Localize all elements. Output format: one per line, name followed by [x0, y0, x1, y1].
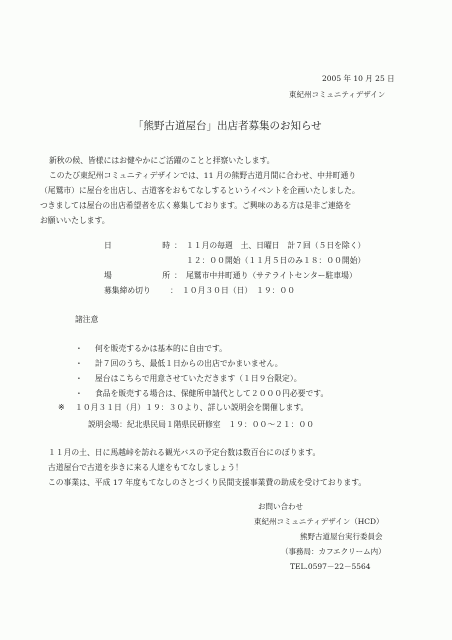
detail-colon	[174, 257, 186, 272]
bullet-icon: ・	[75, 345, 95, 353]
list-item-text: 計７回のうち、最低１日からの出店でかまいません。	[95, 359, 283, 368]
intro-line: このたび東紀州コミュニティデザインでは、11 月の熊野古道月間に合わせ、中井町通…	[40, 172, 360, 187]
intro-line: お願いいたします。	[40, 217, 360, 232]
detail-label: 日 時	[104, 242, 174, 257]
bullet-icon: ・	[75, 375, 95, 383]
bullet-icon: ・	[75, 360, 95, 368]
detail-value: １２：００開始（１１月５日のみ１８：００開始）	[186, 257, 365, 272]
closing-line: 古道屋台で古道を歩きに来る人達をもてなしましょう！	[48, 464, 366, 479]
detail-label-part: 場	[104, 272, 112, 287]
list-item-text: 何を販売するかは基本的に自由です。	[95, 344, 227, 353]
contact-organization: 東紀州コミュニティデザイン（HCD）	[254, 518, 384, 526]
detail-row-deadline: 募集締め切り ： １０月３０日（日） １９：００	[104, 287, 365, 302]
intro-paragraph: 新秋の候、皆様にはお健やかにご活躍のことと拝察いたします。 このたび東紀州コミュ…	[40, 157, 360, 232]
detail-label: 場 所	[104, 272, 174, 287]
detail-row-place: 場 所 ： 尾鷲市中井町通り（サテライトセンター駐車場）	[104, 272, 365, 287]
briefing-text: １０月３１日（月）１９：３０より、詳しい説明会を開催します。	[75, 403, 308, 412]
detail-label	[104, 257, 174, 272]
detail-value: １１月の毎週 土、日曜日 計７回（５日を除く）	[186, 242, 365, 257]
closing-line: １１月の土、日に馬越峠を訪れる観光バスの予定台数は数百台にのぼります。	[48, 449, 366, 464]
list-item: ・屋台はこちらで用意させていただきます（１日９台限定）。	[75, 375, 328, 390]
briefing-venue: 説明会場：紀北県民局１階県民研修室 １９：００〜２１：００	[88, 421, 314, 429]
detail-row-start-time: １２：００開始（１１月５日のみ１８：００開始）	[104, 257, 365, 272]
contact-heading: お問い合わせ	[258, 503, 303, 511]
intro-line: つきましては屋台の出店希望者を広く募集しております。ご興味のある方は是非ご連絡を	[40, 202, 360, 217]
detail-value: 尾鷲市中井町通り（サテライトセンター駐車場）	[186, 272, 357, 287]
detail-label-part: 日	[104, 242, 112, 257]
closing-line: この事業は、平成 17 年度もてなしのさとづくり民間支援事業費の助成を受けており…	[48, 479, 366, 494]
contact-phone: TEL.0597－22－5564	[290, 563, 371, 571]
list-item: ・計７回のうち、最低１日からの出店でかまいません。	[75, 360, 328, 375]
issuer-organization: 東紀州コミュニティデザイン	[289, 91, 385, 99]
document-title: 「熊野古道屋台」出店者募集のお知らせ	[133, 121, 322, 132]
list-item-text: 食品を販売する場合は、保健所申請代として２０００円必要です。	[95, 389, 328, 398]
bullet-icon: ・	[75, 390, 95, 398]
event-details: 日 時 ： １１月の毎週 土、日曜日 計７回（５日を除く） １２：００開始（１１…	[104, 242, 365, 302]
detail-colon: ：	[174, 242, 186, 257]
detail-label: 募集締め切り	[104, 287, 170, 302]
closing-paragraph: １１月の土、日に馬越峠を訪れる観光バスの予定台数は数百台にのぼります。 古道屋台…	[48, 449, 366, 494]
notes-heading: 諸注意	[75, 316, 98, 324]
intro-line: （尾鷲市）に屋台を出店し、古道客をおもてなしするというイベントを企画いたしました…	[40, 187, 360, 202]
contact-office: （事務局：カフエクリーム内）	[281, 548, 386, 556]
detail-label-part: 所	[162, 272, 170, 287]
contact-committee: 熊野古道屋台実行委員会	[300, 533, 383, 541]
document-date: 2005 年 10 月 25 日	[322, 75, 395, 83]
reference-mark-icon: ※	[58, 403, 65, 412]
intro-line: 新秋の候、皆様にはお健やかにご活躍のことと拝察いたします。	[40, 157, 360, 172]
notes-list: ・何を販売するかは基本的に自由です。 ・計７回のうち、最低１日からの出店でかまい…	[75, 345, 328, 405]
detail-colon: ：	[174, 272, 186, 287]
detail-label-part: 時	[162, 242, 170, 257]
detail-value: １０月３０日（日） １９：００	[182, 287, 295, 302]
detail-row-datetime: 日 時 ： １１月の毎週 土、日曜日 計７回（５日を除く）	[104, 242, 365, 257]
list-item-text: 屋台はこちらで用意させていただきます（１日９台限定）。	[95, 374, 302, 383]
list-item: ・何を販売するかは基本的に自由です。	[75, 345, 328, 360]
detail-colon: ：	[170, 287, 182, 302]
briefing-notice: ※ １０月３１日（月）１９：３０より、詳しい説明会を開催します。	[58, 404, 308, 412]
